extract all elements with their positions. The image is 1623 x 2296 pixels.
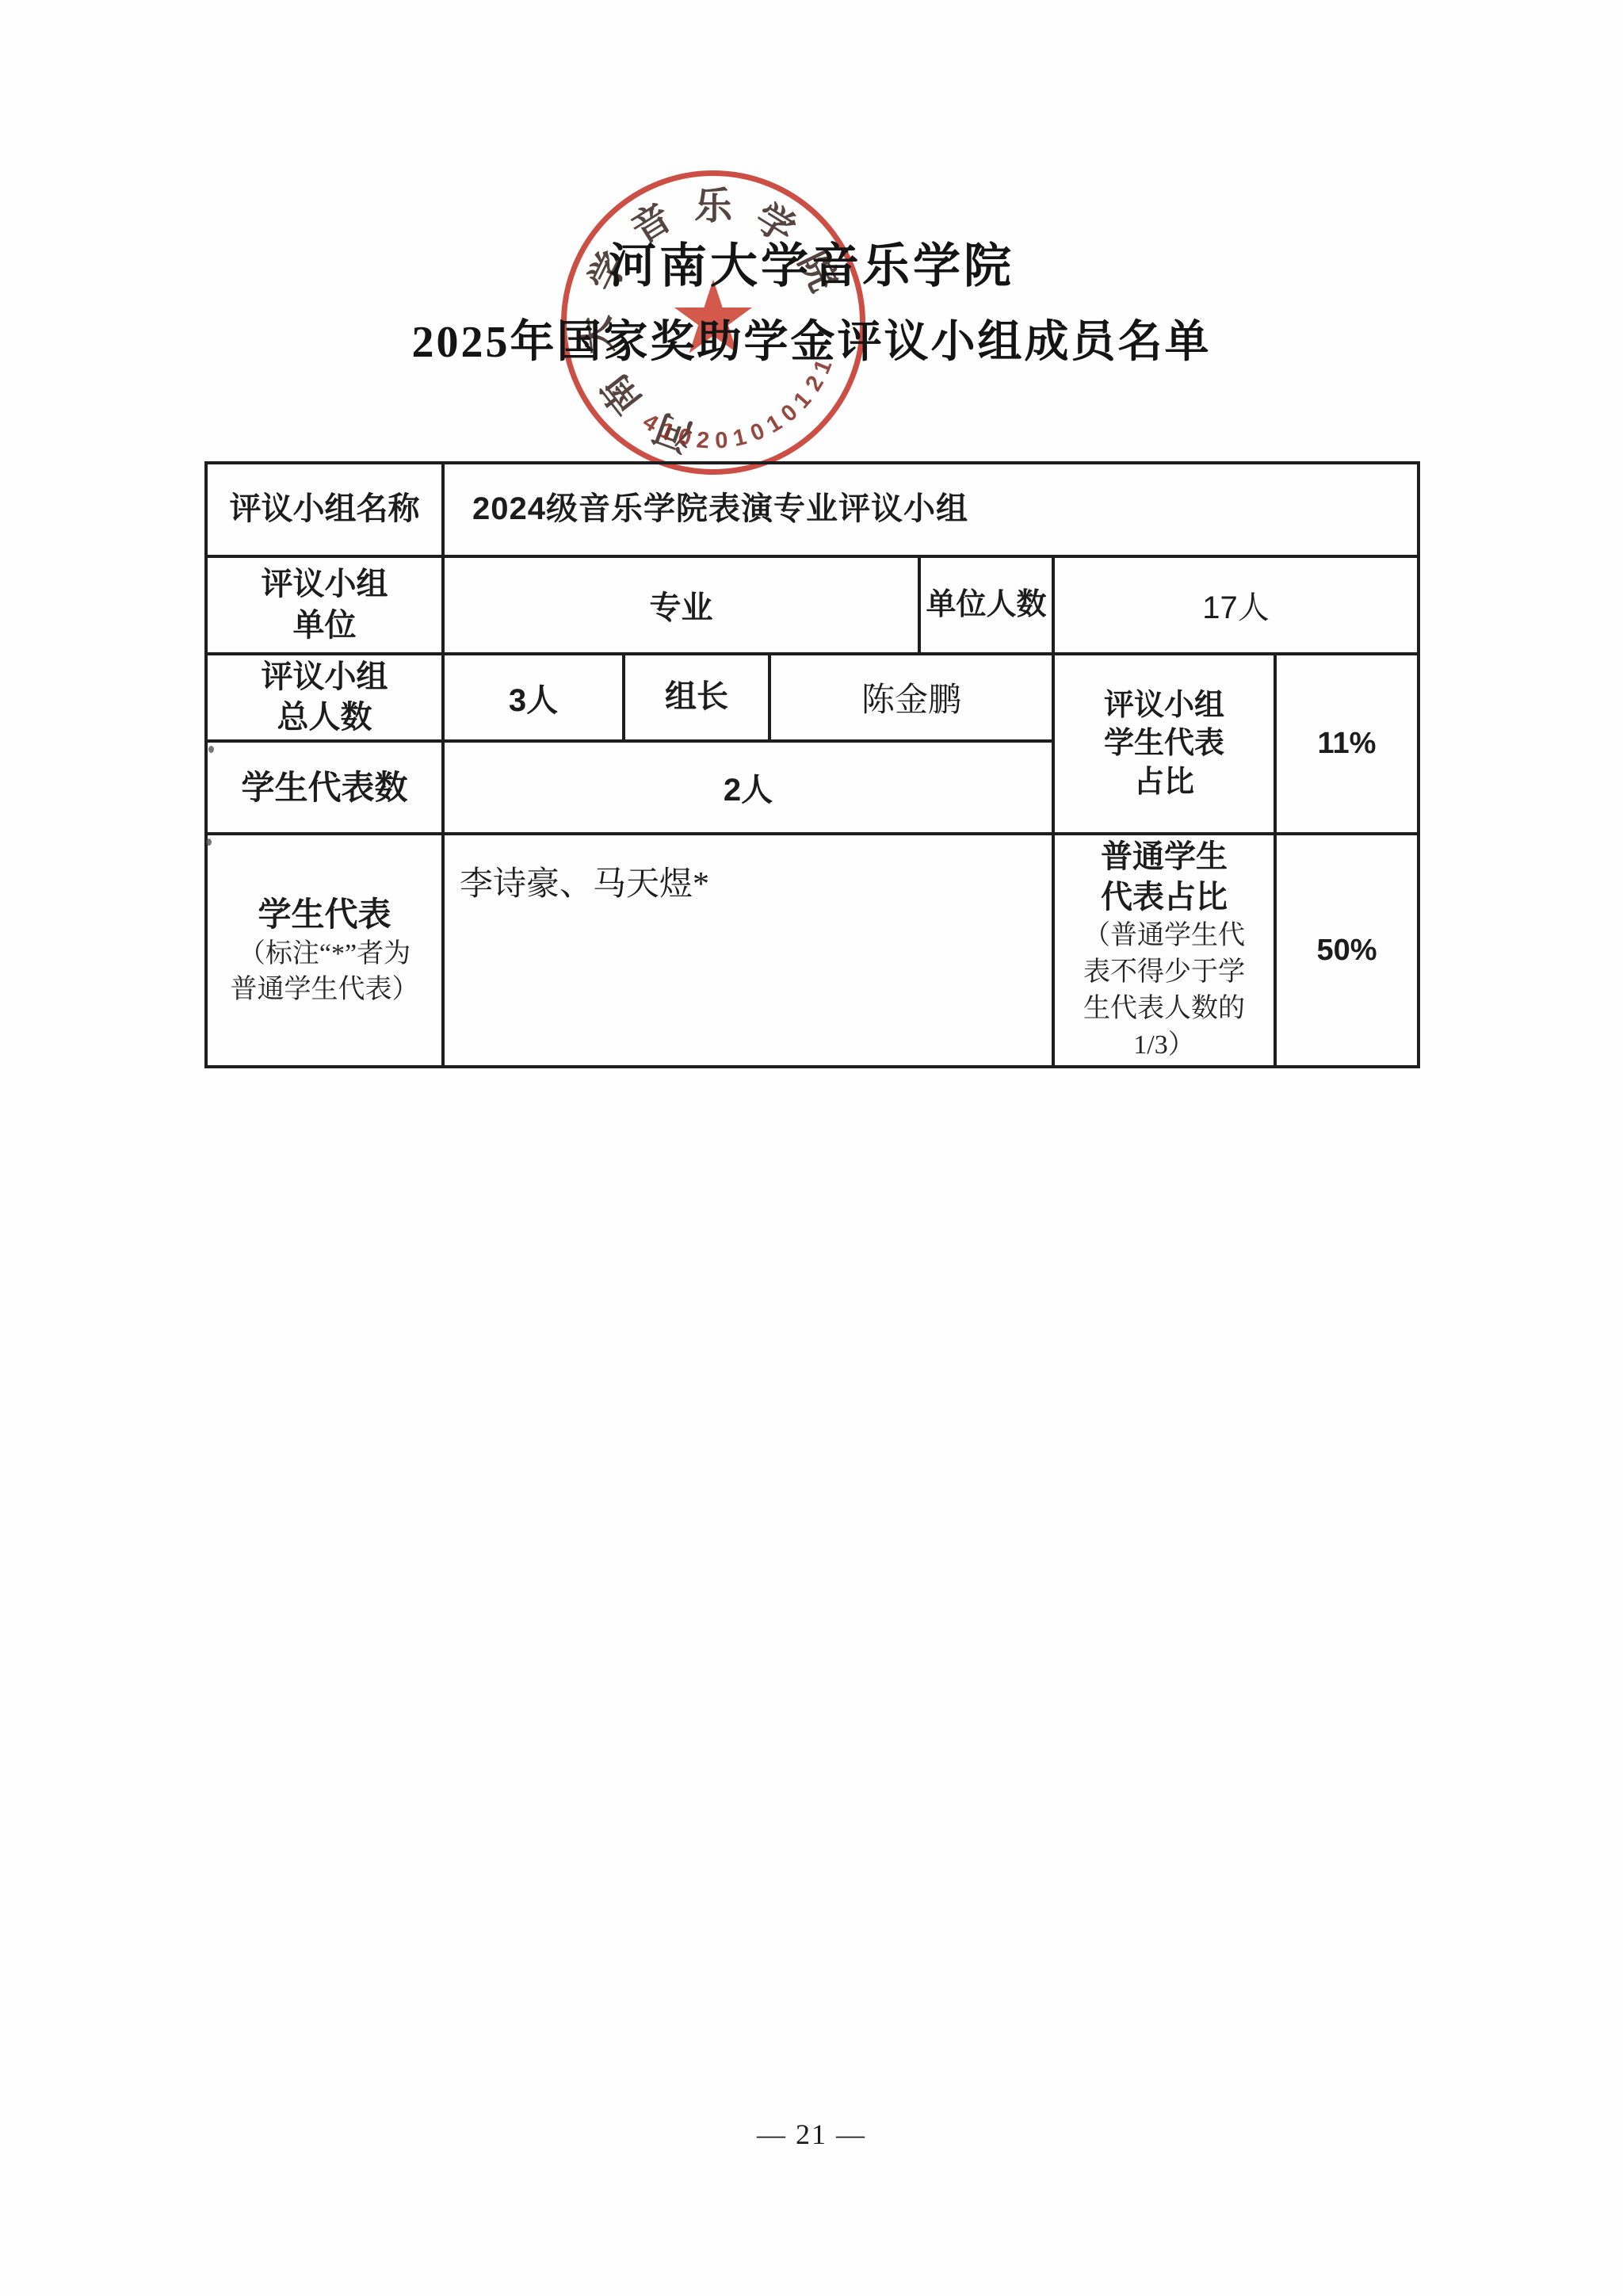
seal-serial-digit: 2 — [696, 429, 711, 453]
cell-student-rep-count-label: 学生代表数 — [208, 743, 441, 832]
seal-serial-digit: 0 — [714, 430, 728, 453]
group-unit-label-line2: 单位 — [262, 606, 388, 646]
cell-student-reps-names: 李诗豪、马天煜* — [460, 858, 1046, 905]
cell-ordinary-ratio-label: 普通学生 代表占比 （普通学生代 表不得少于学 生代表人数的 1/3） — [1055, 835, 1274, 1065]
ordinary-ratio-note3: 生代表人数的 — [1083, 991, 1245, 1027]
cell-student-reps-label: 学生代表 （标注“*”者为 普通学生代表） — [208, 835, 441, 1065]
cell-group-name-value: 2024级音乐学院表演专业评议小组 — [472, 464, 1415, 555]
student-rep-ratio-line3: 占比 — [1104, 763, 1224, 802]
scan-speck — [206, 839, 212, 846]
ordinary-ratio-note4: 1/3） — [1083, 1027, 1245, 1064]
student-reps-label-note1: （标注“*”者为 — [231, 936, 419, 972]
document-title: 河南大学音乐学院 — [0, 238, 1623, 295]
review-group-table: 评议小组名称 2024级音乐学院表演专业评议小组 评议小组单位 专业 单位人数 … — [204, 461, 1420, 1068]
cell-group-name-label: 评议小组名称 — [208, 464, 441, 555]
student-reps-label-main: 学生代表 — [231, 893, 419, 936]
page-number: — 21 — — [0, 2118, 1623, 2151]
cell-leader-label: 组长 — [625, 655, 768, 739]
total-members-label-line1: 评议小组 — [262, 657, 388, 697]
seal-arc-char: 乐 — [694, 188, 732, 226]
ordinary-ratio-note2: 表不得少于学 — [1083, 954, 1245, 991]
cell-unit-count-value: 17人 — [1055, 558, 1417, 652]
student-reps-label-note2: 普通学生代表） — [231, 972, 419, 1007]
ordinary-ratio-line1: 普通学生 — [1083, 837, 1245, 877]
cell-total-members-label: 评议小组总人数 — [208, 655, 441, 739]
cell-student-rep-ratio-label: 评议小组 学生代表 占比 — [1055, 655, 1274, 832]
scan-speck — [208, 746, 214, 753]
cell-leader-name: 陈金鹏 — [771, 655, 1052, 739]
table-border-line — [204, 1065, 1420, 1068]
document-subtitle: 2025年国家奖助学金评议小组成员名单 — [0, 315, 1623, 369]
cell-group-unit-label: 评议小组单位 — [208, 558, 441, 652]
student-rep-ratio-line2: 学生代表 — [1104, 724, 1224, 763]
ordinary-ratio-line2: 代表占比 — [1083, 877, 1245, 918]
cell-student-rep-count-value: 2人 — [445, 743, 1052, 832]
cell-ordinary-ratio-value: 50% — [1277, 835, 1417, 1065]
cell-student-rep-ratio-value: 11% — [1277, 655, 1417, 832]
ordinary-ratio-note1: （普通学生代 — [1083, 918, 1245, 954]
total-members-label-line2: 总人数 — [262, 697, 388, 738]
cell-total-members-value: 3人 — [445, 655, 622, 739]
table-border-line — [1417, 461, 1420, 1068]
student-rep-ratio-line1: 评议小组 — [1104, 686, 1224, 725]
group-unit-label-line1: 评议小组 — [262, 564, 388, 605]
cell-unit-value: 专业 — [445, 558, 918, 652]
cell-unit-count-label: 单位人数 — [921, 558, 1052, 652]
